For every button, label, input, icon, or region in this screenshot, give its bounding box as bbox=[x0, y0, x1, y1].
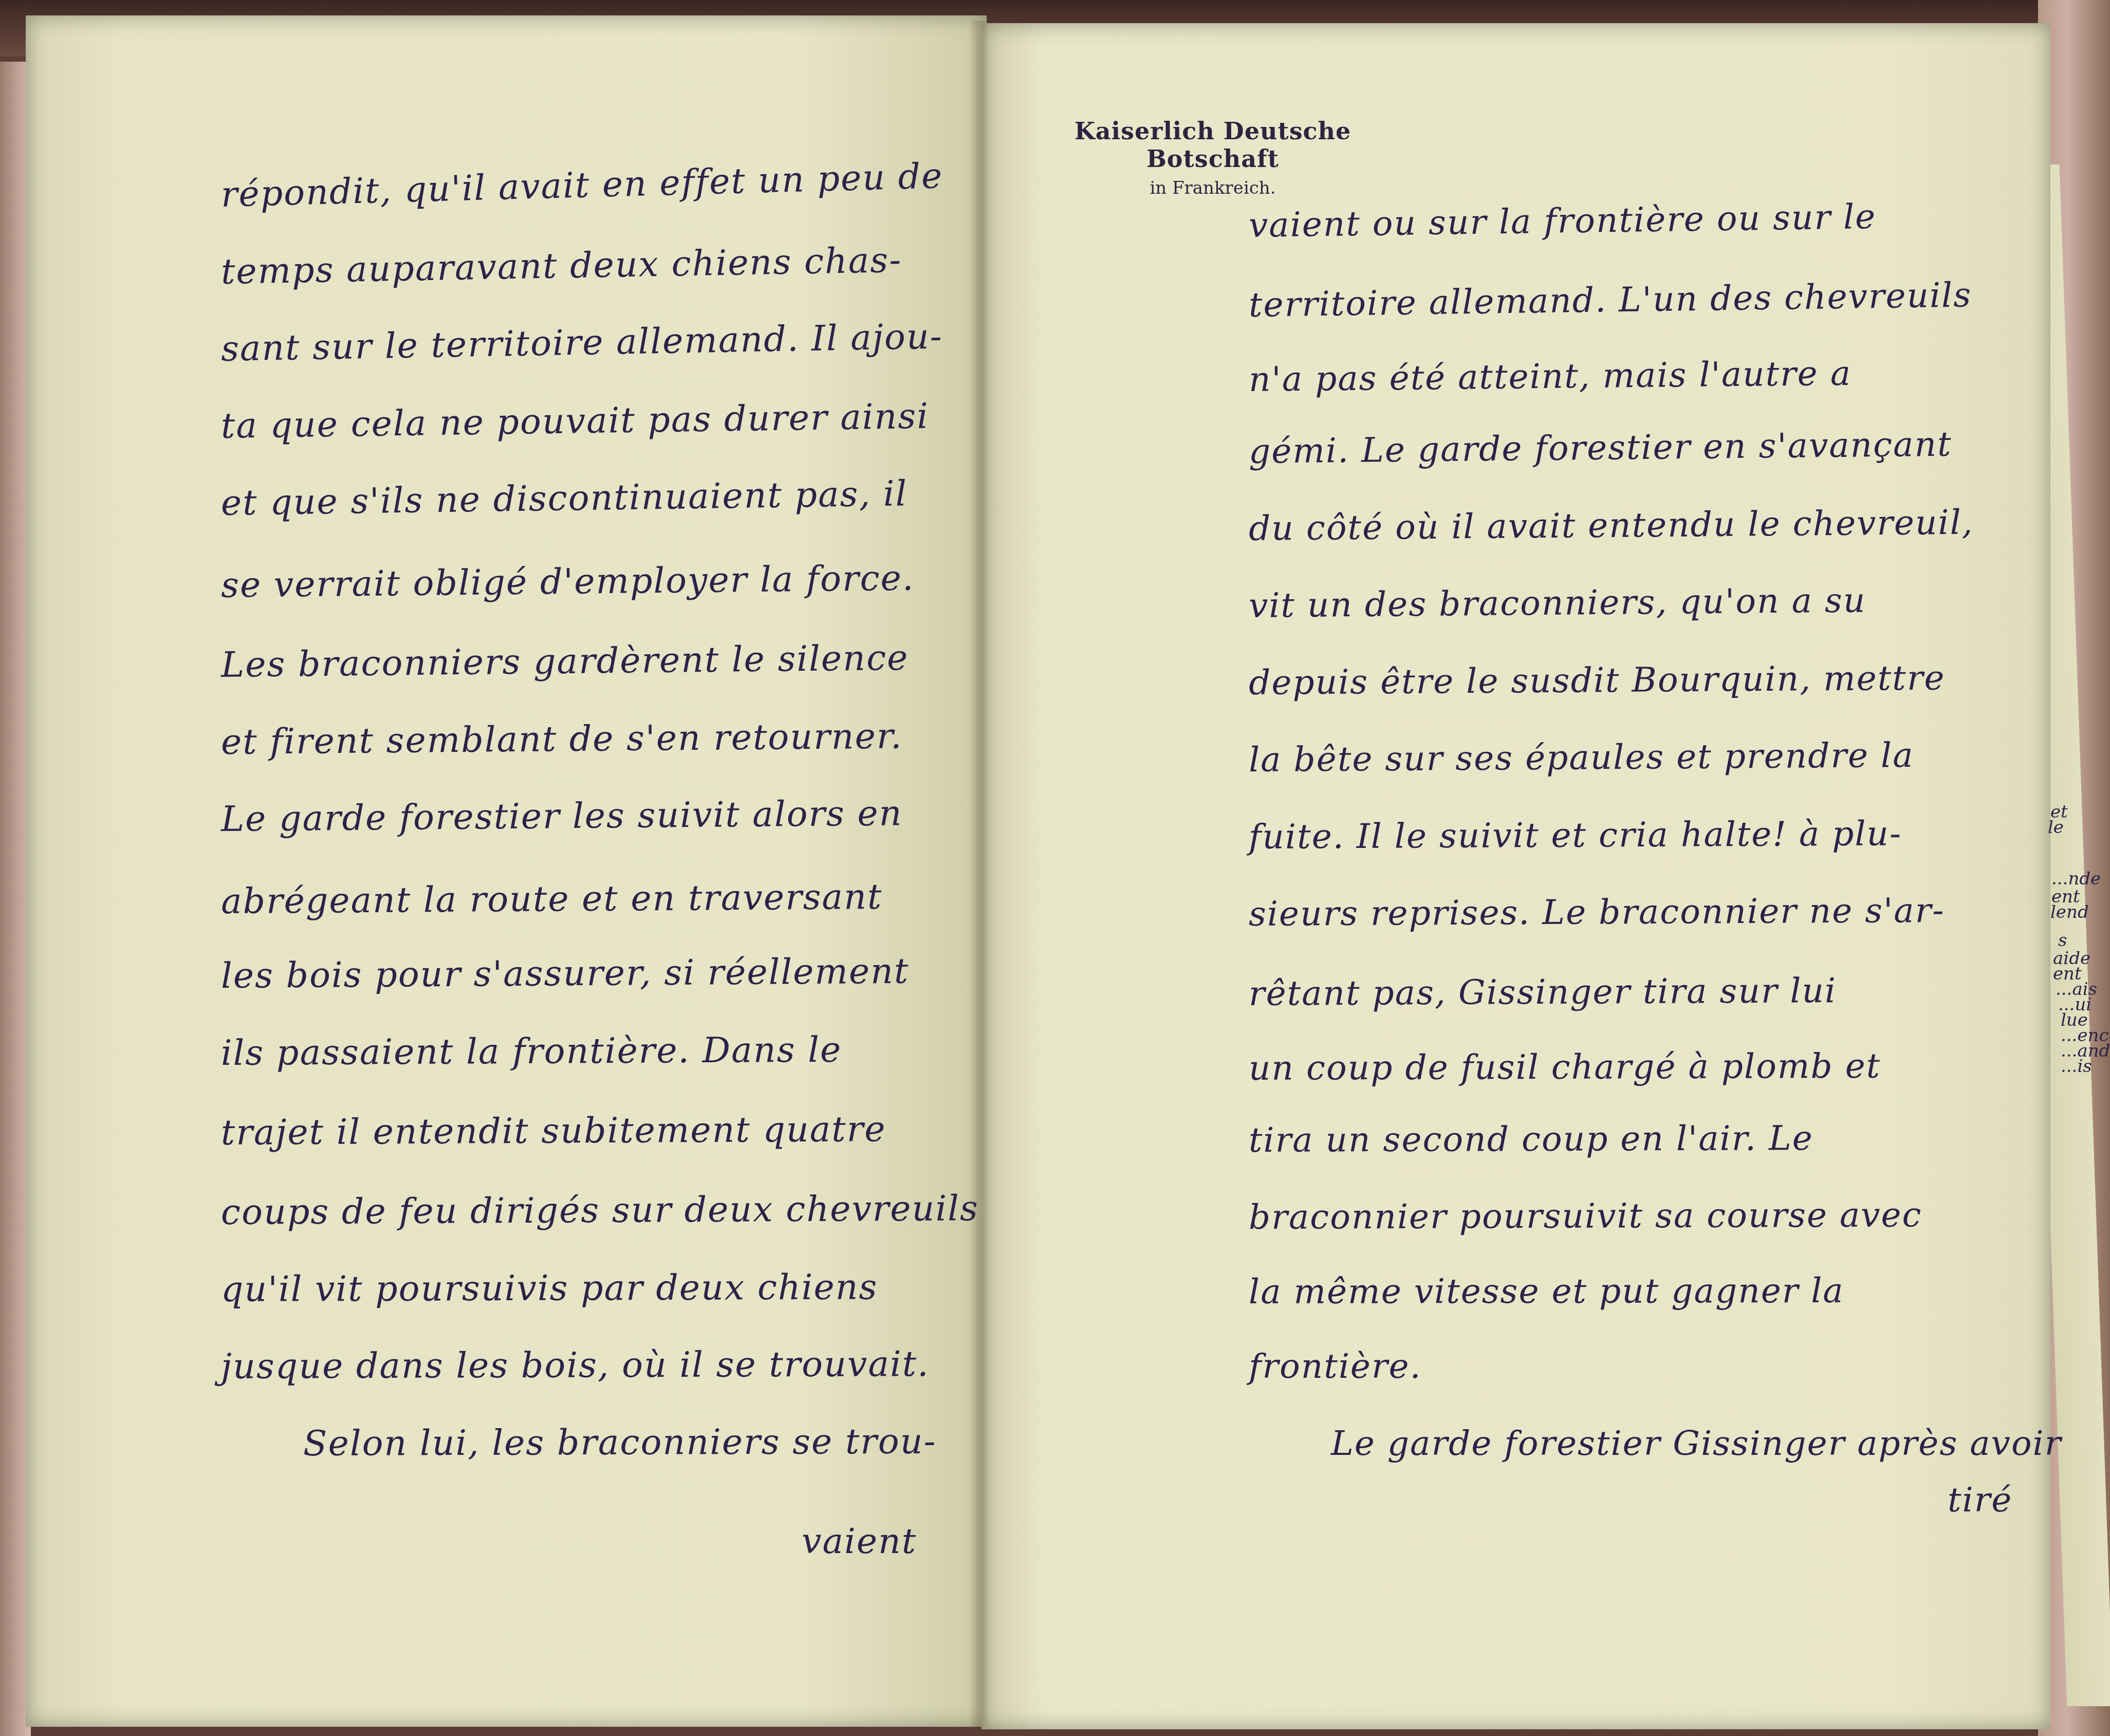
catchword: vaient bbox=[802, 1521, 917, 1562]
handwritten-line: les bois pour s'assurer, si réellement bbox=[221, 951, 910, 996]
handwritten-line: la bête sur ses épaules et prendre la bbox=[1249, 735, 1914, 780]
handwritten-line: coups de feu dirigés sur deux chevreuils bbox=[221, 1188, 979, 1233]
letterhead-line-1: Kaiserlich Deutsche Botschaft bbox=[1033, 117, 1393, 173]
fragment-text: ...nde bbox=[2051, 869, 2101, 889]
handwritten-line: sieurs reprises. Le braconnier ne s'ar- bbox=[1249, 891, 1945, 934]
handwritten-line: et firent semblant de s'en retourner. bbox=[221, 716, 903, 763]
handwritten-line: n'a pas été atteint, mais l'autre a bbox=[1249, 354, 1852, 399]
handwritten-line: rêtant pas, Gissinger tira sur lui bbox=[1249, 971, 1837, 1013]
fragment-text: ...is bbox=[2061, 1056, 2092, 1077]
handwritten-line: Selon lui, les braconniers se trou- bbox=[303, 1421, 937, 1464]
handwritten-line: du côté où il avait entendu le chevreuil… bbox=[1249, 503, 1974, 548]
letterhead: Kaiserlich Deutsche Botschaft in Frankre… bbox=[1033, 117, 1393, 198]
handwritten-line: qu'il vit poursuivis par deux chiens bbox=[221, 1267, 878, 1310]
book-gutter bbox=[969, 21, 989, 1727]
handwritten-line: Le garde forestier les suivit alors en bbox=[221, 793, 903, 840]
fragment-text: s bbox=[2058, 930, 2067, 951]
handwritten-line: trajet il entendit subitement quatre bbox=[221, 1109, 886, 1153]
fragment-text: lend bbox=[2050, 902, 2089, 922]
handwritten-line: ils passaient la frontière. Dans le bbox=[221, 1030, 842, 1074]
handwritten-line: gémi. Le garde forestier en s'avançant bbox=[1249, 424, 1952, 471]
handwritten-line: jusque dans les bois, où il se trouvait. bbox=[221, 1344, 930, 1387]
fragment-text: le bbox=[2048, 817, 2064, 838]
handwritten-line: la même vitesse et put gagner la bbox=[1249, 1271, 1844, 1312]
handwritten-line: depuis être le susdit Bourquin, mettre bbox=[1249, 658, 1946, 703]
handwritten-line: vit un des braconniers, qu'on a su bbox=[1249, 581, 1866, 625]
catchword: tiré bbox=[1948, 1480, 2012, 1520]
handwritten-line: Le garde forestier Gissinger après avoir bbox=[1331, 1424, 2062, 1463]
handwritten-line: fuite. Il le suivit et cria halte! à plu… bbox=[1249, 814, 1902, 857]
handwritten-line: se verrait obligé d'employer la force. bbox=[221, 558, 915, 606]
handwritten-line: Les braconniers gardèrent le silence bbox=[221, 638, 909, 686]
handwritten-line: frontière. bbox=[1249, 1346, 1422, 1386]
handwritten-line: un coup de fusil chargé à plomb et bbox=[1249, 1046, 1881, 1088]
handwritten-line: braconnier poursuivit sa course avec bbox=[1249, 1195, 1922, 1237]
handwritten-line: abrégeant la route et en traversant bbox=[221, 877, 883, 922]
handwritten-line: tira un second coup en l'air. Le bbox=[1249, 1118, 1813, 1160]
letterhead-line-2: in Frankreich. bbox=[1033, 178, 1393, 198]
